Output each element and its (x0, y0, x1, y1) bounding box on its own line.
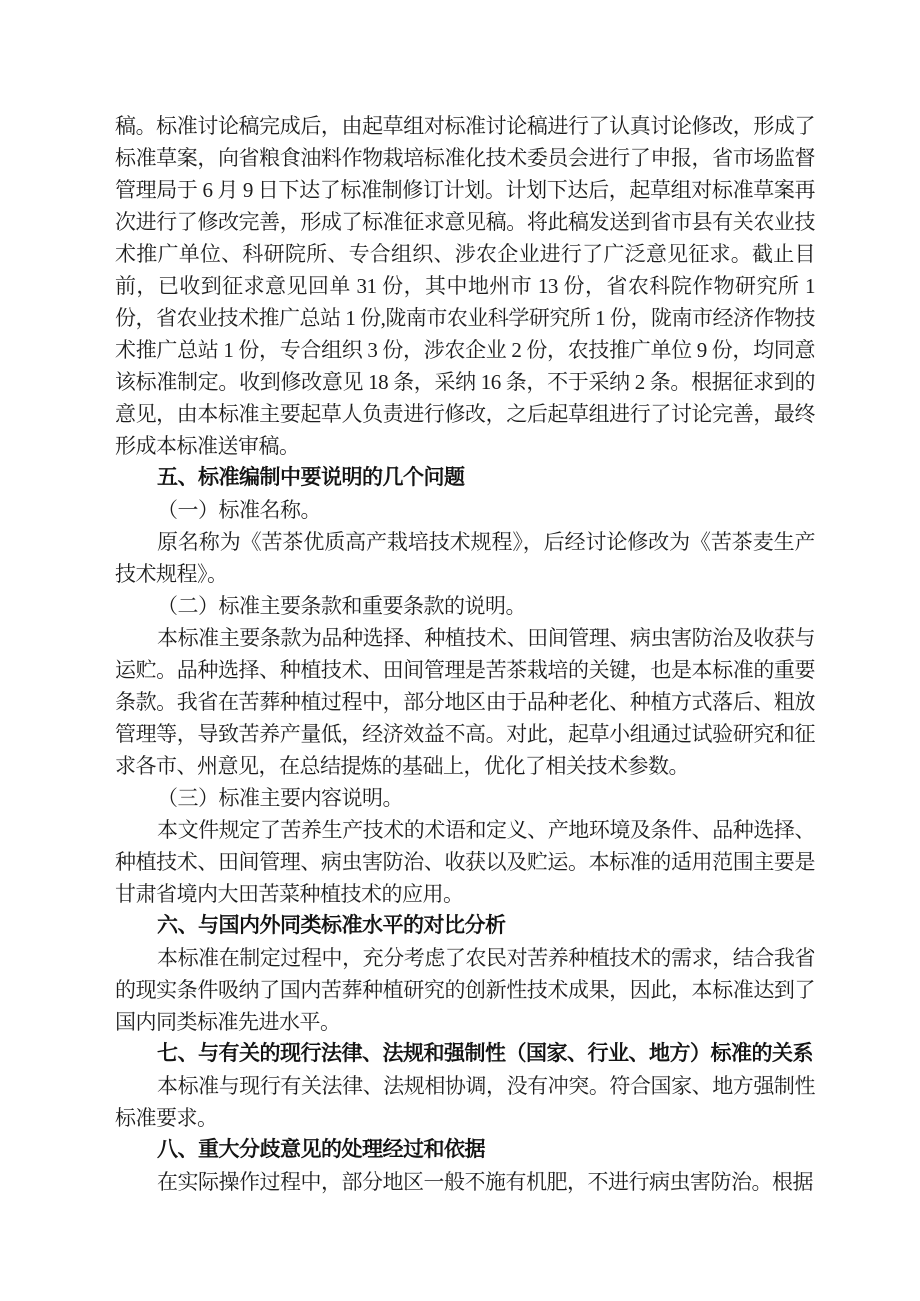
paragraph-main-clauses: 本标准主要条款为品种选择、种植技术、田间管理、病虫害防治及收获与运贮。品种选择、… (115, 622, 815, 782)
paragraph-law-relation: 本标准与现行有关法律、法规相协调，没有冲突。符合国家、地方强制性标准要求。 (115, 1070, 815, 1134)
document-text-block: 稿。标准讨论稿完成后，由起草组对标准讨论稿进行了认真讨论修改，形成了标准草案，向… (115, 110, 815, 1198)
paragraph-dispute-handling: 在实际操作过程中，部分地区一般不施有机肥，不进行病虫害防治。根据 (115, 1166, 815, 1198)
section-heading-5: 五、标准编制中要说明的几个问题 (115, 462, 815, 494)
document-page: 稿。标准讨论稿完成后，由起草组对标准讨论稿进行了认真讨论修改，形成了标准草案，向… (0, 0, 920, 1301)
paragraph-main-content: 本文件规定了苦养生产技术的术语和定义、产地环境及条件、品种选择、种植技术、田间管… (115, 814, 815, 910)
subheading-5-2-main-clauses: （二）标准主要条款和重要条款的说明。 (115, 590, 815, 622)
section-heading-8: 八、重大分歧意见的处理经过和依据 (115, 1134, 815, 1166)
paragraph-standard-name: 原名称为《苦茶优质高产栽培技术规程》，后经讨论修改为《苦茶麦生产技术规程》。 (115, 526, 815, 590)
paragraph-domestic-comparison: 本标准在制定过程中，充分考虑了农民对苦养种植技术的需求，结合我省的现实条件吸纳了… (115, 942, 815, 1038)
paragraph-continuation-draft-process: 稿。标准讨论稿完成后，由起草组对标准讨论稿进行了认真讨论修改，形成了标准草案，向… (115, 110, 815, 462)
subheading-5-1-standard-name: （一）标准名称。 (115, 494, 815, 526)
subheading-5-3-main-content: （三）标准主要内容说明。 (115, 782, 815, 814)
section-heading-7: 七、与有关的现行法律、法规和强制性（国家、行业、地方）标准的关系 (115, 1038, 815, 1070)
section-heading-6: 六、与国内外同类标准水平的对比分析 (115, 910, 815, 942)
